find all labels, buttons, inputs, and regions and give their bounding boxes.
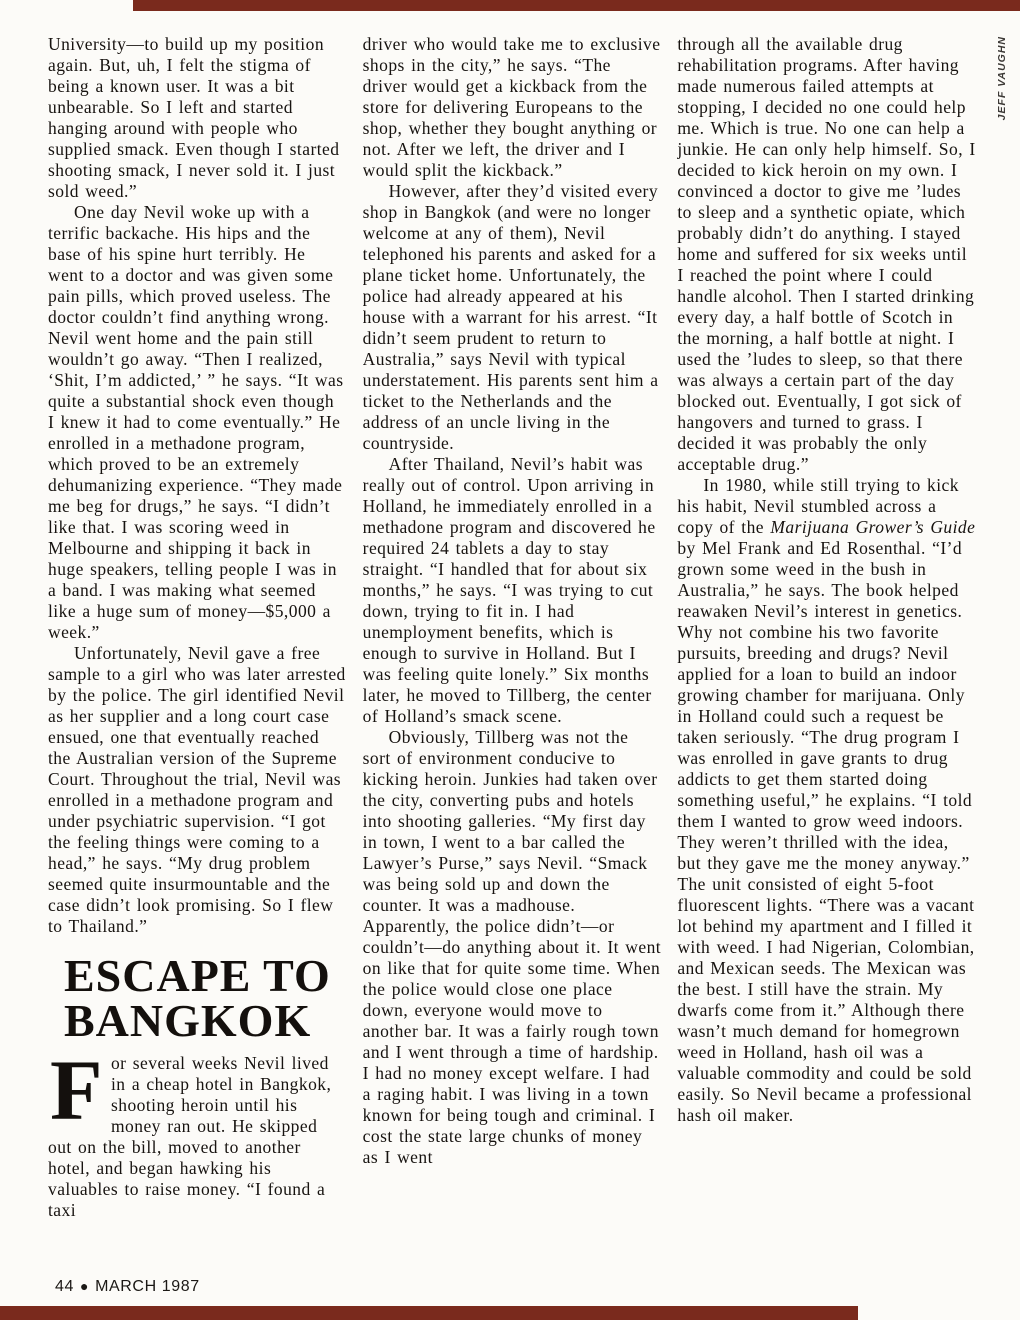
body-paragraph: After Thailand, Nevil’s habit was really… [363,454,662,727]
column-3: through all the available drug rehabilit… [677,34,976,1262]
bullet-separator: ● [74,1278,95,1294]
body-paragraph: However, after they’d visited every shop… [363,181,662,454]
magazine-page: JEFF VAUGHN University—to build up my po… [0,0,1020,1320]
text-run: Unfortunately, Nevil gave a free sample … [48,643,346,936]
body-paragraph: through all the available drug rehabilit… [677,34,976,475]
text-run: driver who would take me to exclusive sh… [363,34,661,180]
body-paragraph: For several weeks Nevil lived in a cheap… [48,1053,347,1221]
page-footer: 44●MARCH 1987 [55,1278,200,1296]
page-number: 44 [55,1278,74,1295]
article-columns: University—to build up my position again… [48,34,976,1262]
photographer-credit: JEFF VAUGHN [996,36,1008,120]
text-run: University—to build up my position again… [48,34,339,201]
text-run: One day Nevil woke up with a terrific ba… [48,202,343,642]
drop-cap: F [48,1053,111,1123]
column-1: University—to build up my position again… [48,34,347,1262]
body-paragraph: Obviously, Tillberg was not the sort of … [363,727,662,1168]
headline-line: ESCAPE TO [64,953,347,998]
text-run: Obviously, Tillberg was not the sort of … [363,727,661,1167]
headline-line: BANGKOK [64,998,347,1043]
article-headline: ESCAPE TOBANGKOK [48,953,347,1043]
body-paragraph: In 1980, while still trying to kick his … [677,475,976,1126]
body-paragraph: driver who would take me to exclusive sh… [363,34,662,181]
bottom-edge-bar [0,1306,858,1320]
body-paragraph: One day Nevil woke up with a terrific ba… [48,202,347,643]
issue-date: MARCH 1987 [95,1278,200,1295]
column-2: driver who would take me to exclusive sh… [363,34,662,1262]
italic-book-title: Marijuana Grower’s Guide [770,517,975,537]
text-run: After Thailand, Nevil’s habit was really… [363,454,656,726]
text-run: through all the available drug rehabilit… [677,34,975,474]
text-run: However, after they’d visited every shop… [363,181,659,453]
body-paragraph: Unfortunately, Nevil gave a free sample … [48,643,347,937]
top-edge-bar [133,0,1020,11]
body-paragraph: University—to build up my position again… [48,34,347,202]
text-run: by Mel Frank and Ed Rosenthal. “I’d grow… [677,538,974,1125]
